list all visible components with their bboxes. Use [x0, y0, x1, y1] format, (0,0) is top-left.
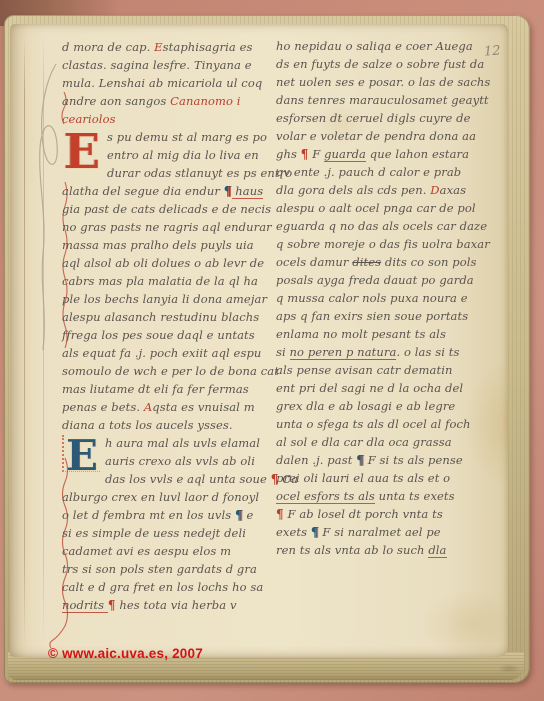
- text-segment: dla: [428, 543, 446, 557]
- manuscript-line: o let d fembra mt en los uvls ¶ e: [62, 506, 280, 524]
- text-segment: q mussa calor nols puxa noura e: [276, 291, 468, 305]
- text-column-right: ho nepidau o saliqa e coer Auegads en fu…: [276, 37, 514, 559]
- text-block: d mora de cap. Estaphisagria esclastas. …: [62, 38, 280, 128]
- manuscript-line: ent pri del sagi ne d la ocha del: [276, 379, 514, 397]
- manuscript-line: dans tenres marauculosamet geaytt: [276, 91, 514, 109]
- text-segment: prei oli lauri el aua ts als et o: [276, 471, 450, 485]
- text-segment: nodrits: [62, 598, 108, 612]
- paragraph-mark: ¶: [276, 504, 284, 524]
- text-segment: ren ts als vnta ab lo such: [276, 543, 428, 557]
- illuminated-initial-blue: E: [62, 435, 100, 472]
- text-segment: o let d fembra mt en los uvls: [62, 508, 235, 522]
- manuscript-line: qv ente .j. pauch d calor e prab: [276, 163, 514, 181]
- text-segment: si: [276, 345, 290, 359]
- text-segment: D: [430, 183, 439, 197]
- manuscript-line: dalen .j. past ¶ F si ts als pense: [276, 451, 514, 469]
- text-segment: dla gora dels als cds pen.: [276, 183, 430, 197]
- manuscript-line: alespu o aalt ocel pnga car de pol: [276, 199, 514, 217]
- text-segment: grex dla e ab losagi e ab legre: [276, 399, 455, 413]
- manuscript-line: net uolen ses e posar. o las de sachs: [276, 73, 514, 91]
- text-segment: net uolen ses e posar. o las de sachs: [276, 75, 490, 89]
- text-segment: dans tenres marauculosamet geaytt: [276, 93, 489, 107]
- copyright-watermark: © www.aic.uva.es, 2007: [48, 646, 203, 661]
- paragraph-mark: ¶: [108, 595, 116, 615]
- text-segment: hes tota via herba v: [116, 598, 237, 612]
- text-segment: volar e voletar de pendra dona aa: [276, 129, 476, 143]
- text-segment: dits co son pols: [381, 255, 476, 269]
- text-segment: ocels damur: [276, 255, 352, 269]
- text-segment: alespu alasanch restudinu blachs: [62, 310, 259, 324]
- manuscript-line: volar e voletar de pendra dona aa: [276, 127, 514, 145]
- text-segment: durar odas stlanuyt es ps entro: [107, 166, 292, 180]
- text-segment: das los vvls e aql unta soue: [105, 472, 271, 486]
- illuminated-initial-red: E: [62, 129, 102, 165]
- text-segment: aps q fan exirs sien soue portats: [276, 309, 468, 323]
- text-segment: somoulo de wch e per lo de bona cat: [62, 364, 279, 378]
- manuscript-line: alatha del segue dia endur ¶ haus: [62, 182, 280, 200]
- manuscript-line: si no peren p natura. o las si ts: [276, 343, 514, 361]
- text-segment: q sobre moreje o das fis uolra baxar: [276, 237, 490, 251]
- manuscript-line: trs si son pols sten gardats d gra: [62, 560, 280, 578]
- text-segment: cabrs mas pla malatia de la ql ha: [62, 274, 258, 288]
- text-segment: gia past de cats delicads e de necis: [62, 202, 271, 216]
- text-segment: als equat fa .j. poch exiit aql espu: [62, 346, 261, 360]
- manuscript-line: prei oli lauri el aua ts als et o: [276, 469, 514, 487]
- text-segment: esforsen dt ceruel digls cuyre de: [276, 111, 471, 125]
- manuscript-line: ocels damur dites dits co son pols: [276, 253, 514, 271]
- manuscript-line: enlama no molt pesant ts als: [276, 325, 514, 343]
- manuscript-line: mas liutame dt eli fa fer fermas: [62, 380, 280, 398]
- manuscript-line: unta o sfega ts als dl ocel al foch: [276, 415, 514, 433]
- manuscript-line: eguarda q no das als ocels car daze: [276, 217, 514, 235]
- text-segment: entro al mig dia lo liva en: [107, 148, 259, 162]
- manuscript-line: calt e d gra fret en los lochs ho sa: [62, 578, 280, 596]
- text-segment: qsta es vnuisal m: [152, 400, 254, 414]
- manuscript-line: dla gora dels als cds pen. Daxas: [276, 181, 514, 199]
- paragraph-mark: ¶: [224, 181, 232, 201]
- gutter-fold-line: [43, 36, 44, 646]
- gutter-fold-line: [24, 36, 25, 646]
- text-segment: trs si son pols sten gardats d gra: [62, 562, 257, 576]
- manuscript-line: somoulo de wch e per lo de bona cat: [62, 362, 280, 380]
- manuscript-line: ceariolos: [62, 110, 280, 128]
- text-segment: guarda: [324, 147, 366, 161]
- text-segment: unta ts exets: [375, 489, 455, 503]
- text-segment: qv ente .j. pauch d calor e prab: [276, 165, 461, 179]
- manuscript-line: q sobre moreje o das fis uolra baxar: [276, 235, 514, 253]
- manuscript-line: nodrits ¶ hes tota via herba v: [62, 596, 280, 614]
- text-block: ho nepidau o saliqa e coer Auegads en fu…: [276, 37, 514, 559]
- text-segment: ceariolos: [62, 112, 116, 126]
- text-segment: ds en fuyts de salze o sobre fust da: [276, 57, 484, 71]
- text-segment: auris crexo als vvls ab oli: [105, 454, 255, 468]
- text-segment: diana a tots los aucels ysses.: [62, 418, 233, 432]
- manuscript-line: ds en fuyts de salze o sobre fust da: [276, 55, 514, 73]
- text-segment: posals ayga freda dauat po garda: [276, 273, 474, 287]
- manuscript-line: ren ts als vnta ab lo such dla: [276, 541, 514, 559]
- paragraph-mark: ¶: [301, 144, 309, 164]
- manuscript-line: aql alsol ab oli dolues o ab levr de: [62, 254, 280, 272]
- manuscript-line: als pense avisan catr dematin: [276, 361, 514, 379]
- manuscript-line: no gras pasts ne ragris aql endurar: [62, 218, 280, 236]
- text-segment: ghs: [276, 147, 301, 161]
- text-segment: A: [144, 400, 152, 414]
- text-segment: F si naralmet ael pe: [319, 525, 441, 539]
- manuscript-line: si es simple de uess nedejt deli: [62, 524, 280, 542]
- text-segment: e: [243, 508, 254, 522]
- manuscript-line: als equat fa .j. poch exiit aql espu: [62, 344, 280, 362]
- manuscript-line: clastas. sagina lesfre. Tinyana e: [62, 56, 280, 74]
- text-segment: no gras pasts ne ragris aql endurar: [62, 220, 272, 234]
- text-segment: staphisagria es: [163, 40, 253, 54]
- manuscript-line: gia past de cats delicads e de necis: [62, 200, 280, 218]
- paragraph-mark: ¶: [235, 505, 243, 525]
- text-segment: ho nepidau o saliqa e coer Auega: [276, 39, 473, 53]
- text-segment: andre aon sangos: [62, 94, 170, 108]
- text-segment: . o las si ts: [396, 345, 459, 359]
- text-segment: F ab losel dt porch vnta ts: [284, 507, 443, 521]
- text-segment: ocel esfors ts als: [276, 489, 375, 503]
- text-segment: enlama no molt pesant ts als: [276, 327, 446, 341]
- manuscript-line: cabrs mas pla malatia de la ql ha: [62, 272, 280, 290]
- text-segment: unta o sfega ts als dl ocel al foch: [276, 417, 471, 431]
- text-segment: aql alsol ab oli dolues o ab levr de: [62, 256, 264, 270]
- text-segment: E: [154, 40, 163, 54]
- manuscript-page: 12 d mora de cap. Estaphisagria esclasta…: [10, 24, 508, 657]
- text-segment: calt e d gra fret en los lochs ho sa: [62, 580, 263, 594]
- text-block: Es pu demu st al marg es poentro al mig …: [62, 128, 280, 434]
- manuscript-line: andre aon sangos Cananomo i: [62, 92, 280, 110]
- text-segment: F si ts als pense: [364, 453, 463, 467]
- text-segment: alespu o aalt ocel pnga car de pol: [276, 201, 476, 215]
- text-segment: clastas. sagina lesfre. Tinyana e: [62, 58, 252, 72]
- manuscript-line: esforsen dt ceruel digls cuyre de: [276, 109, 514, 127]
- manuscript-photo: 12 d mora de cap. Estaphisagria esclasta…: [0, 0, 544, 701]
- manuscript-line: exets ¶ F si naralmet ael pe: [276, 523, 514, 541]
- text-segment: mas liutame dt eli fa fer fermas: [62, 382, 249, 396]
- text-segment: F: [308, 147, 324, 161]
- text-segment: mula. Lenshai ab micariola ul coq: [62, 76, 262, 90]
- paragraph-mark: ¶: [311, 522, 319, 542]
- text-column-left: d mora de cap. Estaphisagria esclastas. …: [62, 38, 280, 614]
- text-segment: penas e bets.: [62, 400, 144, 414]
- manuscript-line: al sol e dla car dla oca grassa: [276, 433, 514, 451]
- manuscript-line: ¶ F ab losel dt porch vnta ts: [276, 505, 514, 523]
- manuscript-line: ple los bechs lanyia li dona amejar: [62, 290, 280, 308]
- text-segment: no peren p natura: [290, 345, 397, 359]
- manuscript-line: ghs ¶ F guarda que lahon estara: [276, 145, 514, 163]
- manuscript-line: diana a tots los aucels ysses.: [62, 416, 280, 434]
- text-segment: h aura mal als uvls elamal: [105, 436, 260, 450]
- text-segment: dalen .j. past: [276, 453, 356, 467]
- corner-smudge: [498, 664, 520, 673]
- text-segment: dites: [352, 255, 381, 269]
- manuscript-line: ho nepidau o saliqa e coer Auega: [276, 37, 514, 55]
- manuscript-line: posals ayga freda dauat po garda: [276, 271, 514, 289]
- text-segment: axas: [440, 183, 467, 197]
- text-segment: eguarda q no das als ocels car daze: [276, 219, 487, 233]
- text-block: Eh aura mal als uvls elamalauris crexo a…: [62, 434, 280, 614]
- text-segment: exets: [276, 525, 311, 539]
- manuscript-line: grex dla e ab losagi e ab legre: [276, 397, 514, 415]
- manuscript-line: ocel esfors ts als unta ts exets: [276, 487, 514, 505]
- text-segment: si es simple de uess nedejt deli: [62, 526, 246, 540]
- text-segment: haus: [232, 184, 264, 198]
- text-segment: massa mas pralho dels puyls uia: [62, 238, 254, 252]
- manuscript-line: mula. Lenshai ab micariola ul coq: [62, 74, 280, 92]
- manuscript-line: q mussa calor nols puxa noura e: [276, 289, 514, 307]
- text-segment: alburgo crex en luvl laor d fonoyl: [62, 490, 259, 504]
- text-segment: ple los bechs lanyia li dona amejar: [62, 292, 267, 306]
- manuscript-line: massa mas pralho dels puyls uia: [62, 236, 280, 254]
- text-segment: ffrega los pes soue daql e untats: [62, 328, 255, 342]
- manuscript-line: cadamet avi es aespu elos m: [62, 542, 280, 560]
- manuscript-line: d mora de cap. Estaphisagria es: [62, 38, 280, 56]
- manuscript-line: aps q fan exirs sien soue portats: [276, 307, 514, 325]
- text-segment: que lahon estara: [366, 147, 469, 161]
- manuscript-line: alespu alasanch restudinu blachs: [62, 308, 280, 326]
- manuscript-line: alburgo crex en luvl laor d fonoyl: [62, 488, 280, 506]
- text-segment: Cananomo i: [170, 94, 240, 108]
- manuscript-line: penas e bets. Aqsta es vnuisal m: [62, 398, 280, 416]
- text-segment: ent pri del sagi ne d la ocha del: [276, 381, 463, 395]
- text-segment: d mora de cap.: [62, 40, 154, 54]
- text-segment: cadamet avi es aespu elos m: [62, 544, 231, 558]
- text-segment: s pu demu st al marg es po: [107, 130, 267, 144]
- paragraph-mark: ¶: [356, 450, 364, 470]
- text-segment: alatha del segue dia endur: [62, 184, 224, 198]
- text-segment: als pense avisan catr dematin: [276, 363, 452, 377]
- text-segment: al sol e dla car dla oca grassa: [276, 435, 452, 449]
- manuscript-line: ffrega los pes soue daql e untats: [62, 326, 280, 344]
